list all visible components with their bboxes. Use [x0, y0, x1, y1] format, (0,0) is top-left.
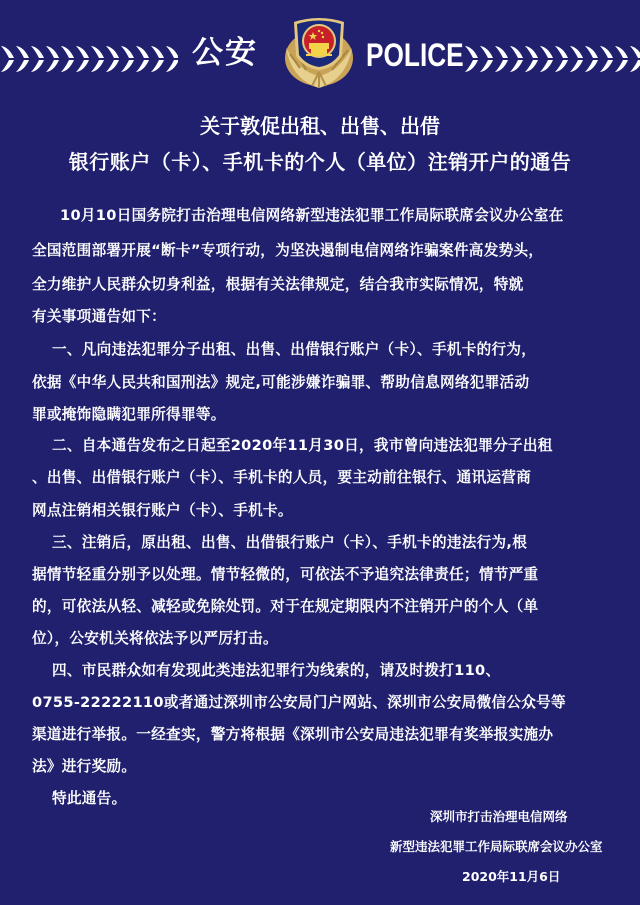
wheat-chevron-icon — [524, 41, 539, 77]
banner-police-cn: 公安 — [192, 33, 258, 73]
wheat-chevron-icon — [60, 41, 75, 77]
wheat-chevron-icon — [584, 41, 599, 77]
wheat-chevron-icon — [0, 41, 15, 77]
notice-poster: 公安 POLICE 关于敦促出租、出售、出借 银行账户（卡）、手机卡的 — [0, 0, 640, 905]
signature-org-line2: 新型违法犯罪工作局际联席会议办公室 — [390, 838, 620, 856]
item4-line: 四、市民群众如有发现此类违法犯罪行为线索的，请及时拨打110、 — [52, 661, 500, 681]
intro-line: 10月10日国务院打击治理电信网络新型违法犯罪工作局际联席会议办公室在 — [60, 206, 564, 226]
intro-line: 全国范围部署开展“断卡”专项行动，为坚决遏制电信网络诈骗案件高发势头， — [32, 241, 543, 261]
item4-line: 法》进行奖励。 — [32, 757, 136, 777]
wheat-chevron-row-right — [464, 41, 640, 77]
wheat-chevron-icon — [30, 41, 45, 77]
signature-date: 2020年11月6日 — [462, 868, 560, 886]
closing-text: 特此通告。 — [52, 789, 126, 809]
wheat-chevron-icon — [494, 41, 509, 77]
item1-line: 一、凡向违法犯罪分子出租、出售、出借银行账户（卡）、手机卡的行为， — [52, 340, 536, 360]
wheat-chevron-row-left — [0, 41, 178, 77]
wheat-chevron-icon — [509, 41, 524, 77]
wheat-chevron-icon — [105, 41, 120, 77]
item2-line: 二、自本通告发布之日起至2020年11月30日，我市曾向违法犯罪分子出租 — [52, 436, 553, 456]
item3-line: 据情节轻重分别予以处理。情节轻微的，可依法不予追究法律责任；情节严重 — [32, 565, 538, 585]
intro-line: 全力维护人民群众切身利益，根据有关法律规定，结合我市实际情况，特就 — [32, 275, 524, 295]
wheat-chevron-icon — [569, 41, 584, 77]
wheat-chevron-icon — [15, 41, 30, 77]
wheat-chevron-icon — [599, 41, 614, 77]
wheat-chevron-icon — [165, 41, 178, 77]
wheat-chevron-icon — [75, 41, 90, 77]
wheat-chevron-icon — [135, 41, 150, 77]
item2-line: 网点注销相关银行账户（卡）、手机卡。 — [32, 501, 293, 521]
notice-title-line2: 银行账户（卡）、手机卡的个人（单位）注销开户的通告 — [0, 148, 640, 176]
wheat-chevron-icon — [629, 41, 640, 77]
item1-line: 罪或掩饰隐瞒犯罪所得罪等。 — [32, 405, 226, 425]
item4-line: 渠道进行举报。一经查实，警方将根据《深圳市公安局违法犯罪有奖举报实施办 — [32, 725, 553, 745]
police-emblem-icon — [278, 10, 360, 90]
wheat-chevron-icon — [479, 41, 494, 77]
wheat-chevron-icon — [554, 41, 569, 77]
intro-line: 有关事项通告如下： — [32, 307, 166, 327]
item3-line: 三、注销后，原出租、出售、出借银行账户（卡）、手机卡的违法行为,根 — [52, 533, 527, 553]
item4-line: 0755-22222110或者通过深圳市公安局门户网站、深圳市公安局微信公众号等 — [32, 693, 566, 713]
wheat-chevron-icon — [464, 41, 479, 77]
police-banner: 公安 POLICE — [0, 0, 640, 100]
wheat-chevron-icon — [45, 41, 60, 77]
item2-line: 、出售、出借银行账户（卡）、手机卡的人员，要主动前往银行、通讯运营商 — [32, 468, 531, 488]
wheat-chevron-icon — [539, 41, 554, 77]
notice-title-line1: 关于敦促出租、出售、出借 — [0, 112, 640, 140]
item3-line: 的，可依法从轻、减轻或免除处罚。对于在规定期限内不注销开户的个人（单 — [32, 597, 538, 617]
wheat-chevron-icon — [120, 41, 135, 77]
item3-line: 位），公安机关将依法予以严厉打击。 — [32, 629, 278, 649]
item1-line: 依据《中华人民共和国刑法》规定,可能涉嫌诈骗罪、帮助信息网络犯罪活动 — [32, 373, 529, 393]
wheat-chevron-icon — [614, 41, 629, 77]
wheat-chevron-icon — [90, 41, 105, 77]
banner-police-en: POLICE — [366, 35, 464, 75]
wheat-chevron-icon — [150, 41, 165, 77]
signature-org-line1: 深圳市打击治理电信网络 — [390, 808, 640, 826]
